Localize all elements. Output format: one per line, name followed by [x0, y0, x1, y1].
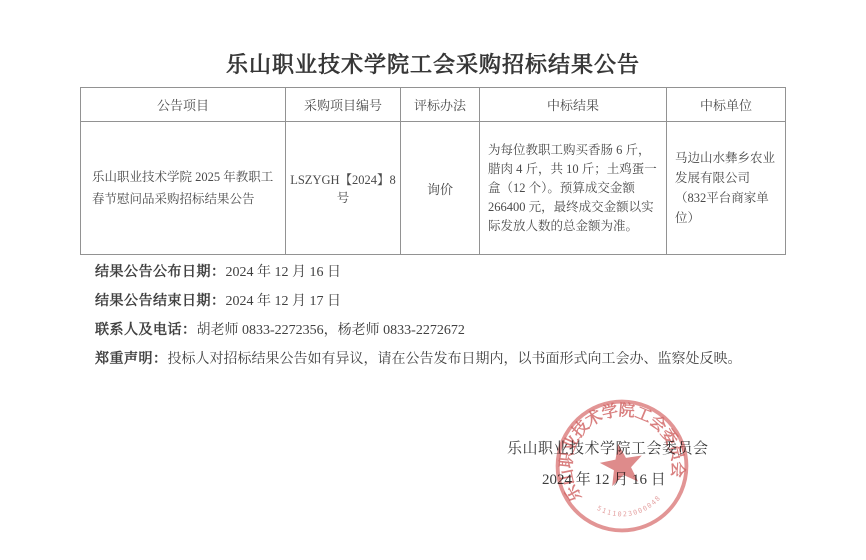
seal-code: 5111023000048 — [595, 493, 664, 523]
header-project-number: 采购项目编号 — [286, 88, 401, 122]
header-evaluation-method: 评标办法 — [401, 88, 480, 122]
publish-date-label: 结果公告公布日期： — [95, 265, 226, 280]
end-date-value: 2024 年 12 月 17 日 — [226, 294, 342, 309]
declaration-label: 郑重声明： — [95, 352, 168, 367]
contact-value: 胡老师 0833-2272356，杨老师 0833-2272672 — [197, 323, 465, 338]
declaration-line: 郑重声明：投标人对招标结果公告如有异议，请在公告发布日期内，以书面形式向工会办、… — [95, 351, 795, 369]
cell-bid-result: 为每位教职工购买香肠 6 斤，腊肉 4 斤，共 10 斤；土鸡蛋一盒（12 个）… — [480, 122, 667, 255]
page-title: 乐山职业技术学院工会采购招标结果公告 — [0, 48, 866, 79]
table-header-row: 公告项目 采购项目编号 评标办法 中标结果 中标单位 — [81, 88, 786, 122]
result-table: 公告项目 采购项目编号 评标办法 中标结果 中标单位 乐山职业技术学院 2025… — [80, 87, 786, 255]
cell-announcement-item: 乐山职业技术学院 2025 年教职工春节慰问品采购招标结果公告 — [81, 122, 286, 255]
info-block: 结果公告公布日期：2024 年 12 月 16 日 结果公告结束日期：2024 … — [95, 264, 795, 380]
cell-winning-unit: 马边山水彝乡农业发展有限公司（832平台商家单位） — [667, 122, 786, 255]
header-bid-result: 中标结果 — [480, 88, 667, 122]
end-date-label: 结果公告结束日期： — [95, 294, 226, 309]
header-winning-unit: 中标单位 — [667, 88, 786, 122]
signature-org: 乐山职业技术学院工会委员会 — [507, 437, 709, 458]
svg-text:5111023000048: 5111023000048 — [595, 493, 664, 523]
cell-project-number: LSZYGH【2024】8 号 — [286, 122, 401, 255]
header-announcement-item: 公告项目 — [81, 88, 286, 122]
contact-line: 联系人及电话：胡老师 0833-2272356，杨老师 0833-2272672 — [95, 322, 795, 340]
declaration-value: 投标人对招标结果公告如有异议，请在公告发布日期内，以书面形式向工会办、监察处反映… — [168, 352, 742, 367]
publish-date-value: 2024 年 12 月 16 日 — [226, 265, 342, 280]
signature-date: 2024 年 12 月 16 日 — [542, 468, 666, 489]
cell-evaluation-method: 询价 — [401, 122, 480, 255]
table-row: 乐山职业技术学院 2025 年教职工春节慰问品采购招标结果公告 LSZYGH【2… — [81, 122, 786, 255]
seal-graphic: 乐山职业技术学院工会委员会 5111023000048 — [541, 385, 703, 547]
official-seal: 乐山职业技术学院工会委员会 5111023000048 — [541, 385, 703, 547]
publish-date-line: 结果公告公布日期：2024 年 12 月 16 日 — [95, 264, 795, 282]
seal-ring — [547, 391, 696, 540]
contact-label: 联系人及电话： — [95, 323, 197, 338]
end-date-line: 结果公告结束日期：2024 年 12 月 17 日 — [95, 293, 795, 311]
announcement-document: 乐山职业技术学院工会采购招标结果公告 公告项目 采购项目编号 评标办法 中标结果… — [0, 0, 866, 560]
